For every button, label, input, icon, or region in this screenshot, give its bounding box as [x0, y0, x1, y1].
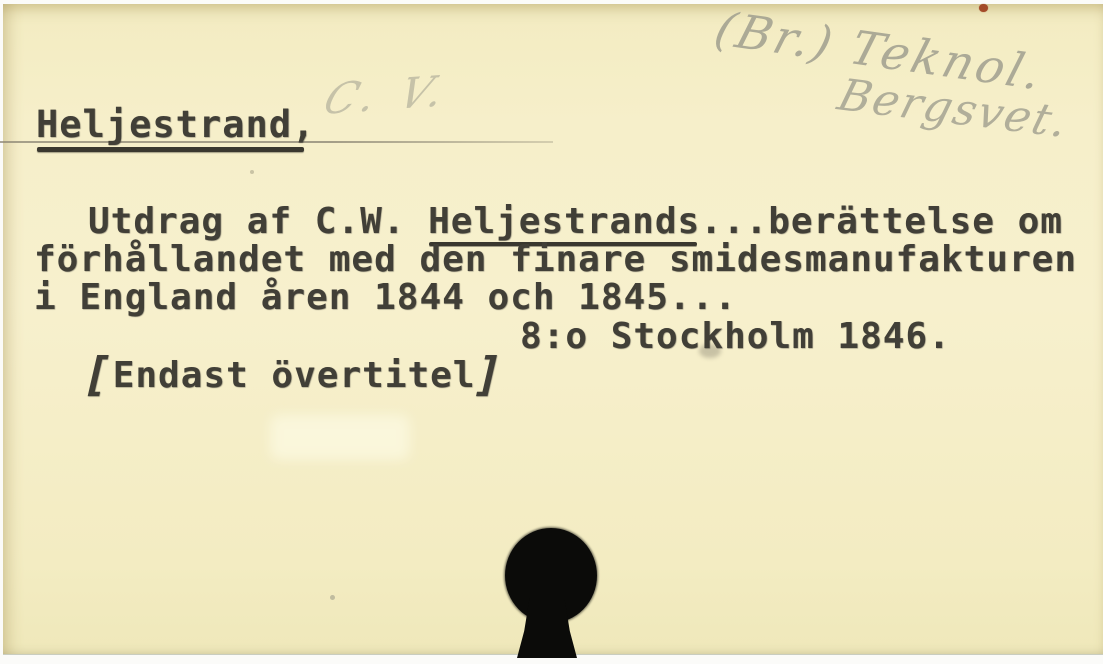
note-open-bracket: [ — [79, 355, 116, 393]
note-line: [Endast övertitel] — [84, 352, 504, 395]
body-line-3: i England åren 1844 och 1845... — [34, 279, 737, 317]
erased-ghost-mark — [270, 415, 410, 460]
body-line-1-post: ...berättelse om — [700, 201, 1063, 242]
body-line-1: Utdrag af C.W. Heljestrands...berättelse… — [88, 203, 1063, 241]
paper-speck-gray — [330, 595, 335, 600]
handwritten-initials: C. V. — [318, 65, 458, 124]
body-line-2: förhållandet med den finare smidesmanufa… — [34, 241, 1077, 279]
paper-speck-tiny — [250, 170, 254, 174]
note-close-bracket: ] — [470, 355, 507, 393]
ink-smudge — [699, 344, 721, 358]
body-line-1-underlined-title: Heljestrands — [428, 201, 700, 242]
note-text: Endast övertitel — [113, 355, 476, 396]
paper-speck-red — [979, 4, 988, 12]
imprint-line: 8:o Stockholm 1846. — [520, 318, 951, 356]
scanned-catalog-card: (Br.) Teknol. Bergsvet. Heljestrand, C. … — [0, 0, 1103, 664]
body-line-1-pre: Utdrag af C.W. — [88, 201, 428, 242]
heading-underline — [37, 147, 304, 152]
card-heading: Heljestrand, — [36, 103, 315, 147]
